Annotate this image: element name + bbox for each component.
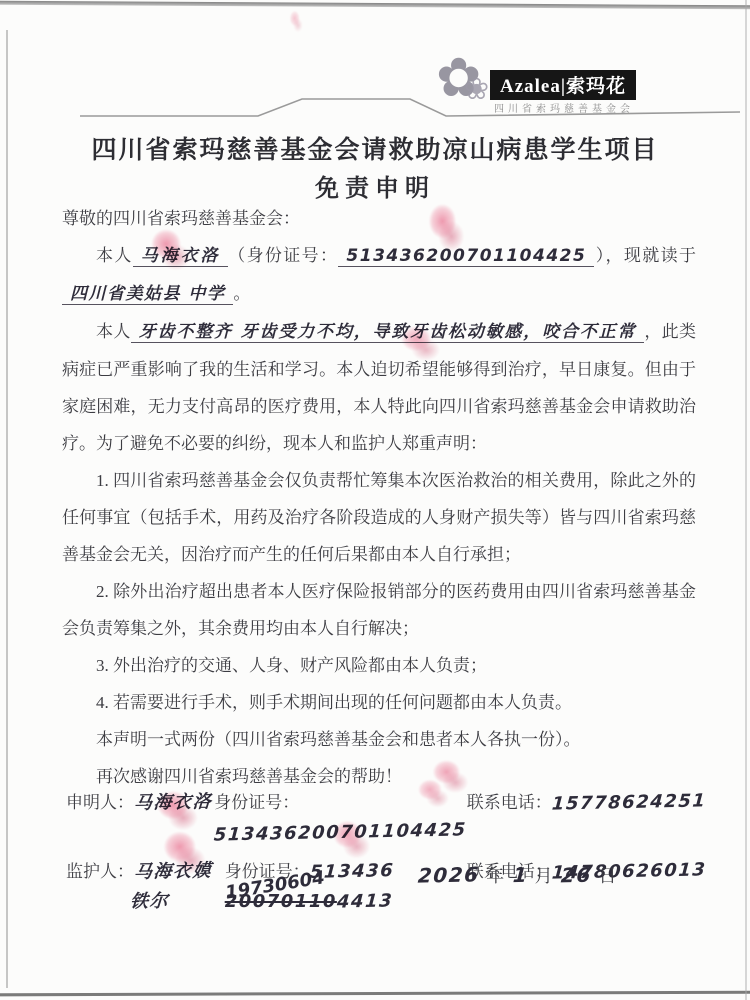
azalea-flower-small-icon: ❀ <box>464 72 489 107</box>
document-title: 四川省索玛慈善基金会请救助凉山病患学生项目 <box>0 130 750 166</box>
guardian-label: 监护人： <box>66 862 134 881</box>
red-mark-top <box>288 8 304 34</box>
fingerprint-declarant-id <box>414 776 452 810</box>
document-subtitle: 免责申明 <box>0 168 750 203</box>
fingerprint-guardian-id <box>328 816 374 862</box>
guardian-signature-line2: 铁尔 <box>129 887 170 918</box>
date-line: 2026 年 1 月 26 日 <box>418 862 618 888</box>
scan-edge-bottom <box>0 991 750 997</box>
guardian-id-correction-group: 2007011019730604 <box>225 887 337 917</box>
declaration-item-3: 3. 外出治疗的交通、人身、财产风险都由本人负责； <box>62 647 696 684</box>
paragraph-condition: 本人牙齿不整齐 牙齿受力不均，导致牙齿松动敏感，咬合不正常，此类病症已严重影响了… <box>62 313 696 462</box>
declaration-item-2: 2. 除外出治疗超出患者本人医疗保险报销部分的医药费用由四川省索玛慈善基金会负责… <box>62 573 696 647</box>
declaration-item-4: 4. 若需要进行手术，则手术期间出现的任何问题都由本人负责。 <box>62 684 696 721</box>
declarant-phone-value: 15778624251 <box>551 786 708 819</box>
declarant-label: 申明人： <box>66 793 134 812</box>
guardian-id-part2: 4413 <box>336 886 394 917</box>
foundation-logo: ✿ ❀ Azalea|索玛花 四川省索玛慈善基金会 <box>438 58 678 128</box>
logo-subtext: 四川省索玛慈善基金会 <box>494 100 634 115</box>
handwritten-id: 513436200701104425 <box>338 246 594 267</box>
fingerprint-over-condition <box>396 322 444 364</box>
logo-banner: Azalea|索玛花 <box>490 70 636 100</box>
declarant-id-label: 身份证号： <box>214 793 299 812</box>
copies-note: 本声明一式两份（四川省索玛慈善基金会和患者本人各执一份）。 <box>62 721 696 758</box>
date-day: 26 <box>560 863 592 888</box>
date-month: 1 <box>512 863 529 887</box>
fingerprint-over-name <box>146 224 194 274</box>
document-body: 尊敬的四川省索玛慈善基金会： 本人马海衣洛（身份证号：5134362007011… <box>62 200 696 795</box>
declaration-item-1: 1. 四川省索玛慈善基金会仅负责帮忙筹集本次医治救治的相关费用，除此之外的任何事… <box>62 462 696 573</box>
handwritten-school: 四川省美姑县 中学 <box>62 284 233 305</box>
scan-edge-top <box>0 1 750 10</box>
fingerprint-over-id <box>424 198 468 256</box>
scanned-disclaimer-document: ✿ ❀ Azalea|索玛花 四川省索玛慈善基金会 四川省索玛慈善基金会请救助凉… <box>0 0 750 1000</box>
date-year: 2026 <box>417 862 480 887</box>
fingerprint-guardian-name <box>158 826 210 878</box>
handwritten-condition: 牙齿不整齐 牙齿受力不均，导致牙齿松动敏感，咬合不正常 <box>131 322 645 343</box>
declarant-phone-label: 联系电话： <box>467 793 552 812</box>
